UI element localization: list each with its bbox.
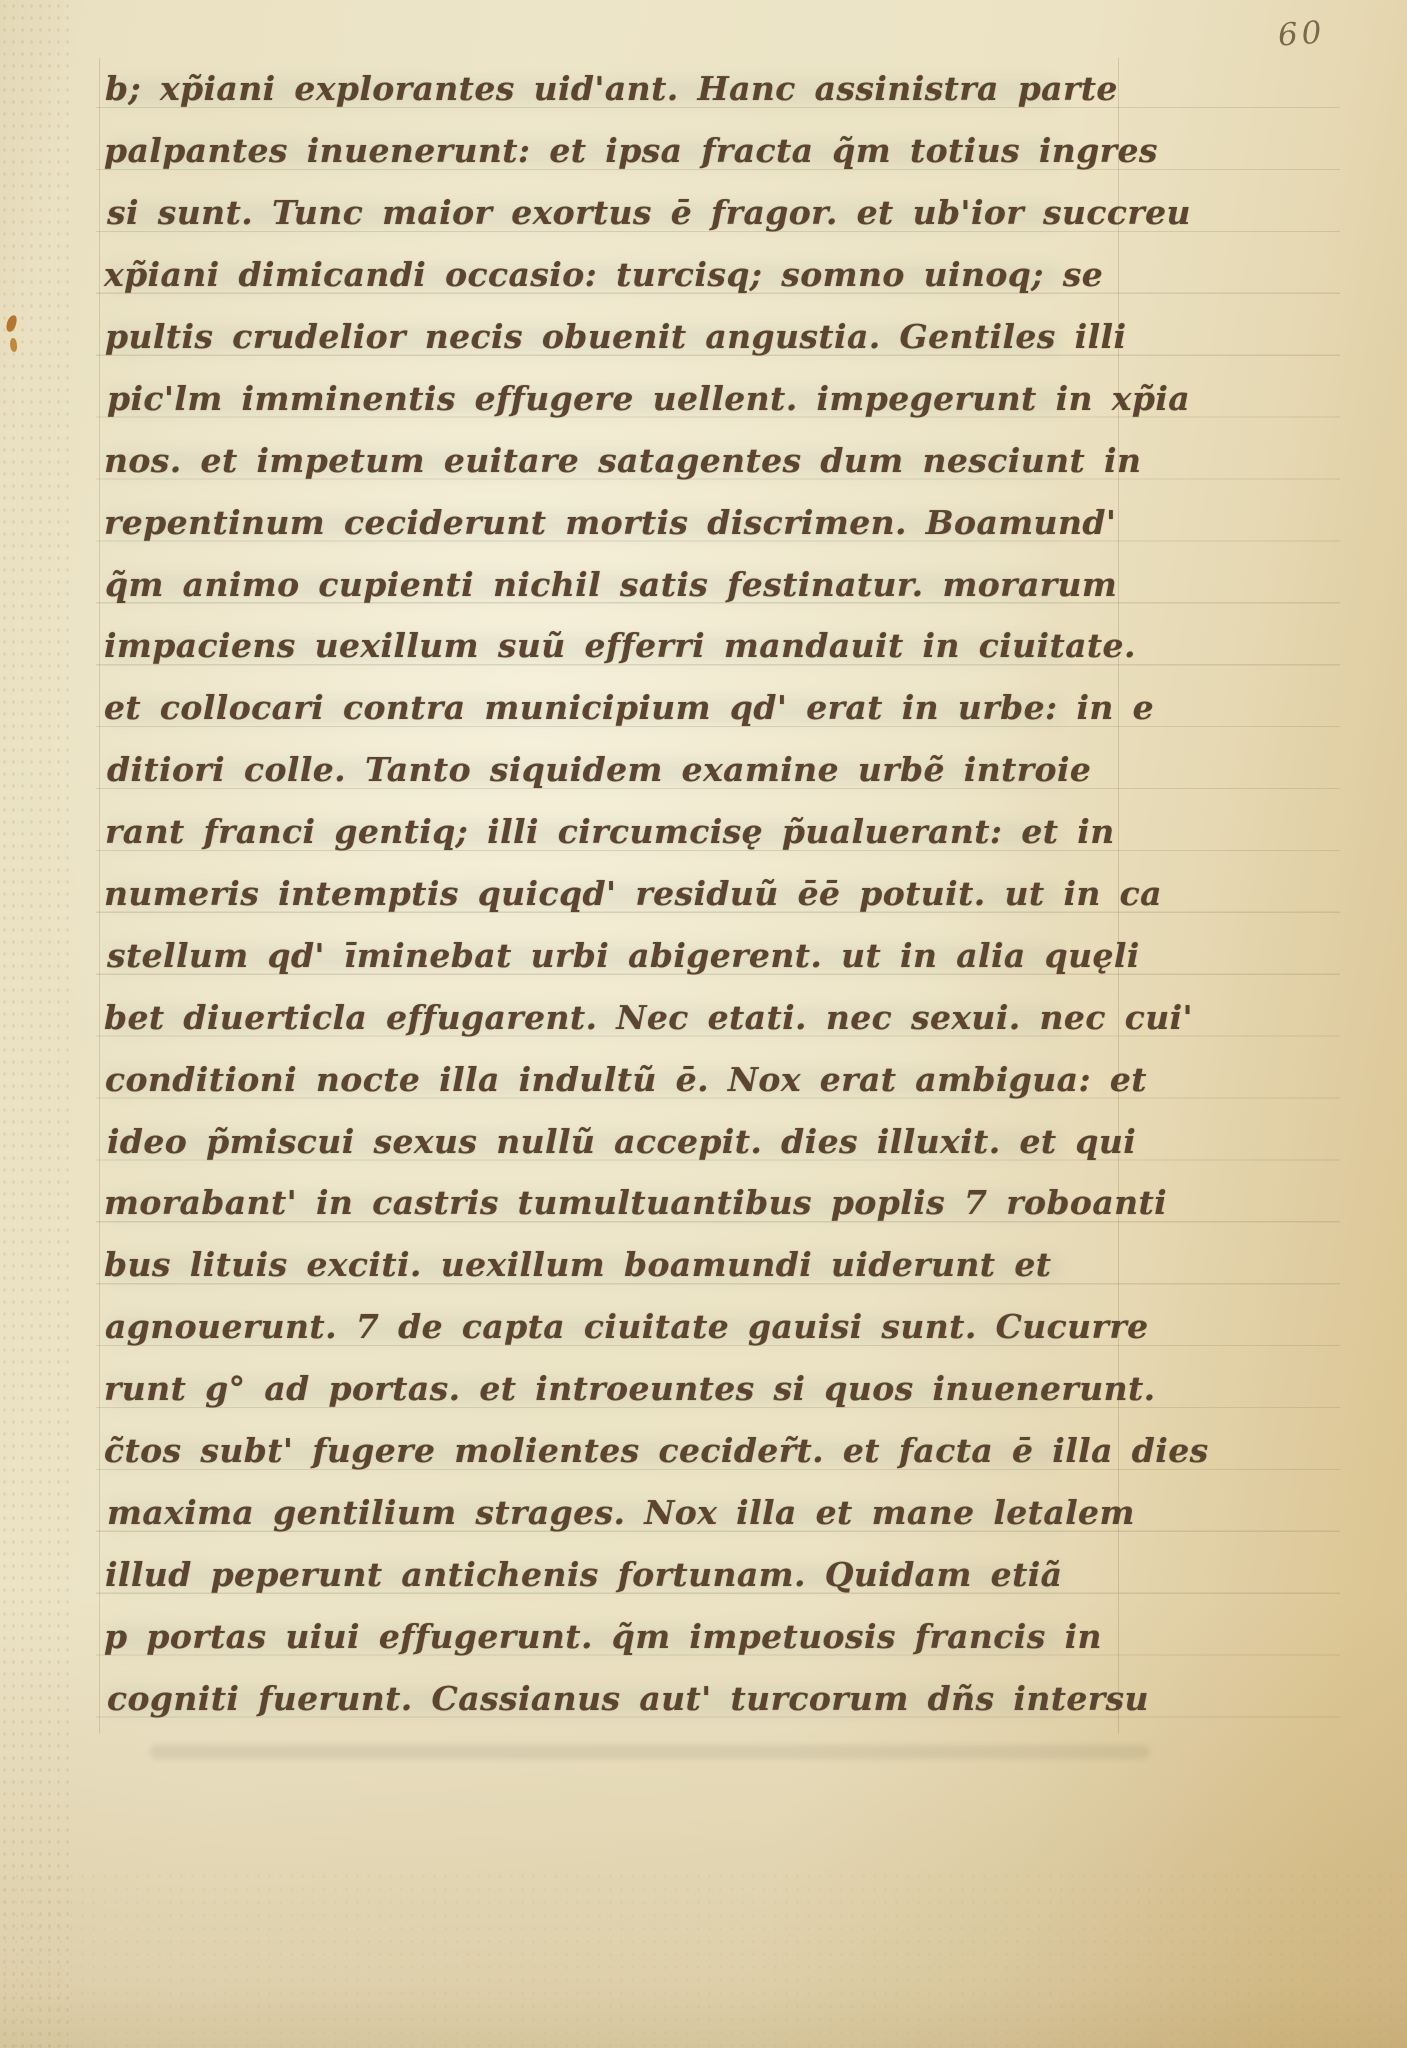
manuscript-line: stellum qd' īminebat urbi abigerent. ut …	[104, 924, 1134, 986]
manuscript-line: runt g° ad portas. et introeuntes si quo…	[104, 1358, 1134, 1420]
manuscript-line: c̃tos subt' fugere molientes cecider̃t. …	[104, 1420, 1134, 1482]
manuscript-line: si sunt. Tunc maior exortus ē fragor. et…	[104, 182, 1134, 244]
manuscript-page: { "page": { "folio_number": "60", "lines…	[0, 0, 1407, 2048]
manuscript-line: q̃m animo cupienti nichil satis festinat…	[104, 553, 1134, 615]
manuscript-line: ditiori colle. Tanto siquidem examine ur…	[104, 739, 1134, 801]
manuscript-line: bet diuerticla effugarent. Nec etati. ne…	[104, 986, 1134, 1048]
margin-ink-fleck	[5, 314, 18, 333]
folio-number: 60	[1277, 14, 1327, 53]
manuscript-line: nos. et impetum euitare satagentes dum n…	[104, 429, 1134, 491]
manuscript-line: cogniti fuerunt. Cassianus aut' turcorum…	[104, 1667, 1134, 1729]
manuscript-line: illud peperunt antichenis fortunam. Quid…	[104, 1543, 1134, 1605]
erasure-smudge	[150, 1745, 1150, 1759]
manuscript-line: et collocari contra municipium qd' erat …	[104, 677, 1134, 739]
manuscript-line: ideo p̃miscui sexus nullũ accepit. dies …	[104, 1110, 1134, 1172]
manuscript-line: b; xp̃iani explorantes uid'ant. Hanc ass…	[104, 58, 1134, 120]
manuscript-line: p portas uiui effugerunt. q̃m impetuosis…	[104, 1605, 1134, 1667]
manuscript-line: pultis crudelior necis obuenit angustia.…	[104, 306, 1134, 368]
manuscript-line: impaciens uexillum suũ efferri mandauit …	[104, 615, 1134, 677]
manuscript-line: bus lituis exciti. uexillum boamundi uid…	[104, 1234, 1134, 1296]
manuscript-line: conditioni nocte illa indultũ ē. Nox era…	[104, 1048, 1134, 1110]
margin-ink-fleck	[9, 337, 18, 352]
manuscript-line: morabant' in castris tumultuantibus popl…	[104, 1172, 1134, 1234]
parchment-bottom-texture	[0, 1870, 1407, 2048]
manuscript-line: numeris intemptis quicqd' residuũ ēē pot…	[104, 863, 1134, 925]
manuscript-line: maxima gentilium strages. Nox illa et ma…	[104, 1481, 1134, 1543]
manuscript-line: xp̃iani dimicandi occasio: turcisq; somn…	[104, 244, 1134, 306]
left-ruling-line	[99, 58, 100, 1734]
manuscript-line: palpantes inuenerunt: et ipsa fracta q̃m…	[104, 120, 1134, 182]
text-block: b; xp̃iani explorantes uid'ant. Hanc ass…	[104, 58, 1134, 1729]
manuscript-line: agnouerunt. 7 de capta ciuitate gauisi s…	[104, 1296, 1134, 1358]
manuscript-line: repentinum ceciderunt mortis discrimen. …	[104, 491, 1134, 553]
manuscript-line: pic'lm imminentis effugere uellent. impe…	[104, 367, 1134, 429]
manuscript-line: rant franci gentiq; illi circumcisę p̃ua…	[104, 801, 1134, 863]
parchment-edge-texture	[0, 0, 72, 2048]
